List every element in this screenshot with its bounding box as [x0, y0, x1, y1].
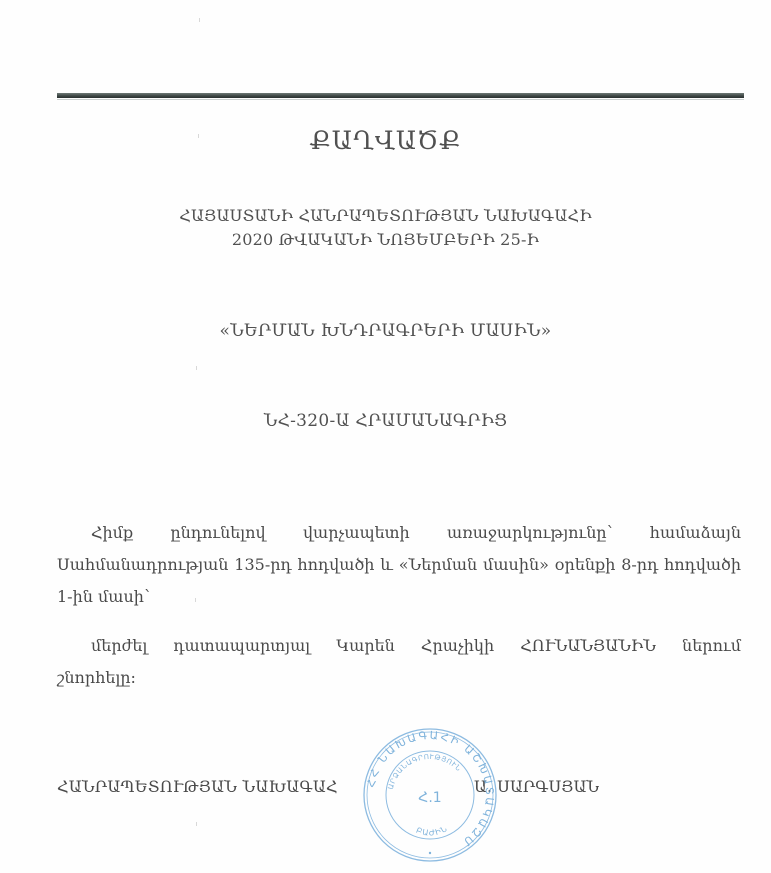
paragraph-2-rest: շնորհելը:: [57, 662, 741, 694]
decree-subject: «ՆԵՐՄԱՆ ԽՆԴՐԱԳՐԵՐԻ ՄԱՍԻՆ»: [0, 321, 771, 341]
decree-number: ՆՀ-320-Ա ՀՐԱՄԱՆԱԳՐԻՑ: [0, 411, 771, 431]
body-paragraph-1: Հիմք ընդունելով վարչապետի առաջարկություն…: [57, 517, 741, 613]
issuer-line-1: ՀԱՅԱՍՏԱՆԻ ՀԱՆՐԱՊԵՏՈՒԹՅԱՆ ՆԱԽԱԳԱՀԻ: [0, 206, 771, 225]
issuer-line-2: 2020 ԹՎԱԿԱՆԻ ՆՈՅԵՄԲԵՐԻ 25-Ի: [0, 230, 771, 249]
document-page: ՔԱՂՎԱԾՔ ՀԱՅԱՍՏԱՆԻ ՀԱՆՐԱՊԵՏՈՒԹՅԱՆ ՆԱԽԱԳԱՀ…: [0, 0, 771, 873]
scan-speck: [196, 366, 197, 370]
paragraph-1-rest: Սահմանադրության 135-րդ հոդվածի և «Ներման…: [57, 549, 741, 613]
document-type-title: ՔԱՂՎԱԾՔ: [0, 126, 771, 155]
stamp-inner-top-text: ԱՐՁԱՆԱԳՐՈՒԹՅՈՒՆ: [387, 753, 463, 791]
official-stamp-icon: ՀՀ ՆԱԽԱԳԱՀԻ ԱՇԽԱՏԱԿԱԶՄ ԱՐՁԱՆԱԳՐՈՒԹՅՈՒՆ Հ…: [362, 727, 498, 863]
paragraph-2-first-line: մերժել դատապարտյալ Կարեն Հրաչիկի ՀՈՒՆԱՆՅ…: [57, 630, 741, 662]
scan-speck: [199, 18, 200, 22]
body-paragraph-2: մերժել դատապարտյալ Կարեն Հրաչիկի ՀՈՒՆԱՆՅ…: [57, 630, 741, 694]
header-rule: [57, 93, 744, 98]
paragraph-1-first-line: Հիմք ընդունելով վարչապետի առաջարկություն…: [57, 517, 741, 549]
stamp-inner-bottom-text: ԲԱԺԻՆ: [415, 824, 450, 838]
stamp-center-text: Հ.1: [418, 790, 441, 806]
signatory-title: ՀԱՆՐԱՊԵՏՈՒԹՅԱՆ ՆԱԽԱԳԱՀ: [57, 777, 338, 796]
scan-speck: [196, 822, 197, 826]
